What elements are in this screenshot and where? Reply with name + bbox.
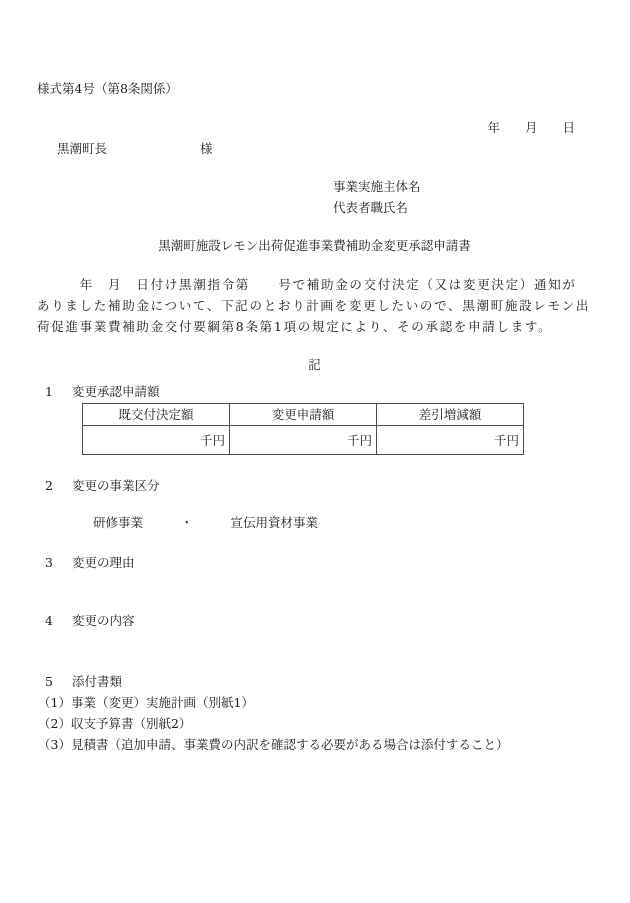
body-line-3: 荷促進事業費補助金交付要綱第8条第1項の規定により、その承認を申請します。: [37, 316, 592, 337]
section-5-heading: 5添付書類: [45, 671, 592, 692]
amount-cell-requested: 千円: [230, 426, 377, 455]
attachment-item-2: （2）収支予算書（別紙2）: [38, 713, 592, 734]
ki-marker: 記: [37, 354, 592, 375]
amount-table-header-difference: 差引増減額: [377, 404, 524, 426]
section-2-number: 2: [45, 478, 53, 493]
section-3-number: 3: [45, 555, 53, 570]
addressee-line: 黒潮町長様: [57, 138, 592, 159]
section-5-number: 5: [45, 674, 53, 689]
date-line: 年 月 日: [37, 117, 592, 138]
amount-table-header-row: 既交付決定額 変更申請額 差引増減額: [83, 404, 524, 426]
section-2-heading: 2変更の事業区分: [45, 475, 592, 496]
section-3-label: 変更の理由: [72, 552, 135, 573]
amount-table: 既交付決定額 変更申請額 差引増減額 千円 千円 千円: [82, 403, 524, 455]
section-5-label: 添付書類: [72, 671, 122, 692]
body-line-1: 年 月 日付け黒潮指令第 号で補助金の交付決定（又は変更決定）通知が: [37, 274, 592, 295]
body-paragraph: 年 月 日付け黒潮指令第 号で補助金の交付決定（又は変更決定）通知が ありました…: [37, 274, 592, 337]
sender-block: 事業実施主体名 代表者職氏名: [333, 176, 592, 218]
document-page: 様式第4号（第8条関係） 年 月 日 黒潮町長様 事業実施主体名 代表者職氏名 …: [0, 0, 630, 903]
section-2-label: 変更の事業区分: [72, 475, 160, 496]
business-categories: 研修事業 ・ 宣伝用資材事業: [93, 512, 592, 533]
section-3-heading: 3変更の理由: [45, 552, 592, 573]
sender-representative-label: 代表者職氏名: [333, 197, 592, 218]
addressee-honorific: 様: [200, 138, 213, 159]
body-line-2: ありました補助金について、下記のとおり計画を変更したいので、黒潮町施設レモン出: [37, 295, 592, 316]
attachment-item-3: （3）見積書（追加申請、事業費の内訳を確認する必要がある場合は添付すること）: [38, 734, 592, 755]
section-4-label: 変更の内容: [72, 610, 135, 631]
section-1-heading: 1変更承認申請額: [45, 381, 592, 402]
attachment-item-1: （1）事業（変更）実施計画（別紙1）: [38, 692, 592, 713]
section-1-label: 変更承認申請額: [72, 381, 160, 402]
addressee-name: 黒潮町長: [57, 141, 107, 156]
amount-table-header-requested: 変更申請額: [230, 404, 377, 426]
amount-table-header-decided: 既交付決定額: [83, 404, 230, 426]
section-1-number: 1: [45, 384, 53, 399]
amount-cell-decided: 千円: [83, 426, 230, 455]
document-title: 黒潮町施設レモン出荷促進事業費補助金変更承認申請書: [37, 235, 592, 256]
attachments-list: （1）事業（変更）実施計画（別紙1） （2）収支予算書（別紙2） （3）見積書（…: [38, 692, 592, 755]
section-4-number: 4: [45, 613, 53, 628]
amount-table-value-row: 千円 千円 千円: [83, 426, 524, 455]
amount-cell-difference: 千円: [377, 426, 524, 455]
sender-entity-label: 事業実施主体名: [333, 176, 592, 197]
form-number: 様式第4号（第8条関係）: [37, 78, 592, 99]
section-4-heading: 4変更の内容: [45, 610, 592, 631]
